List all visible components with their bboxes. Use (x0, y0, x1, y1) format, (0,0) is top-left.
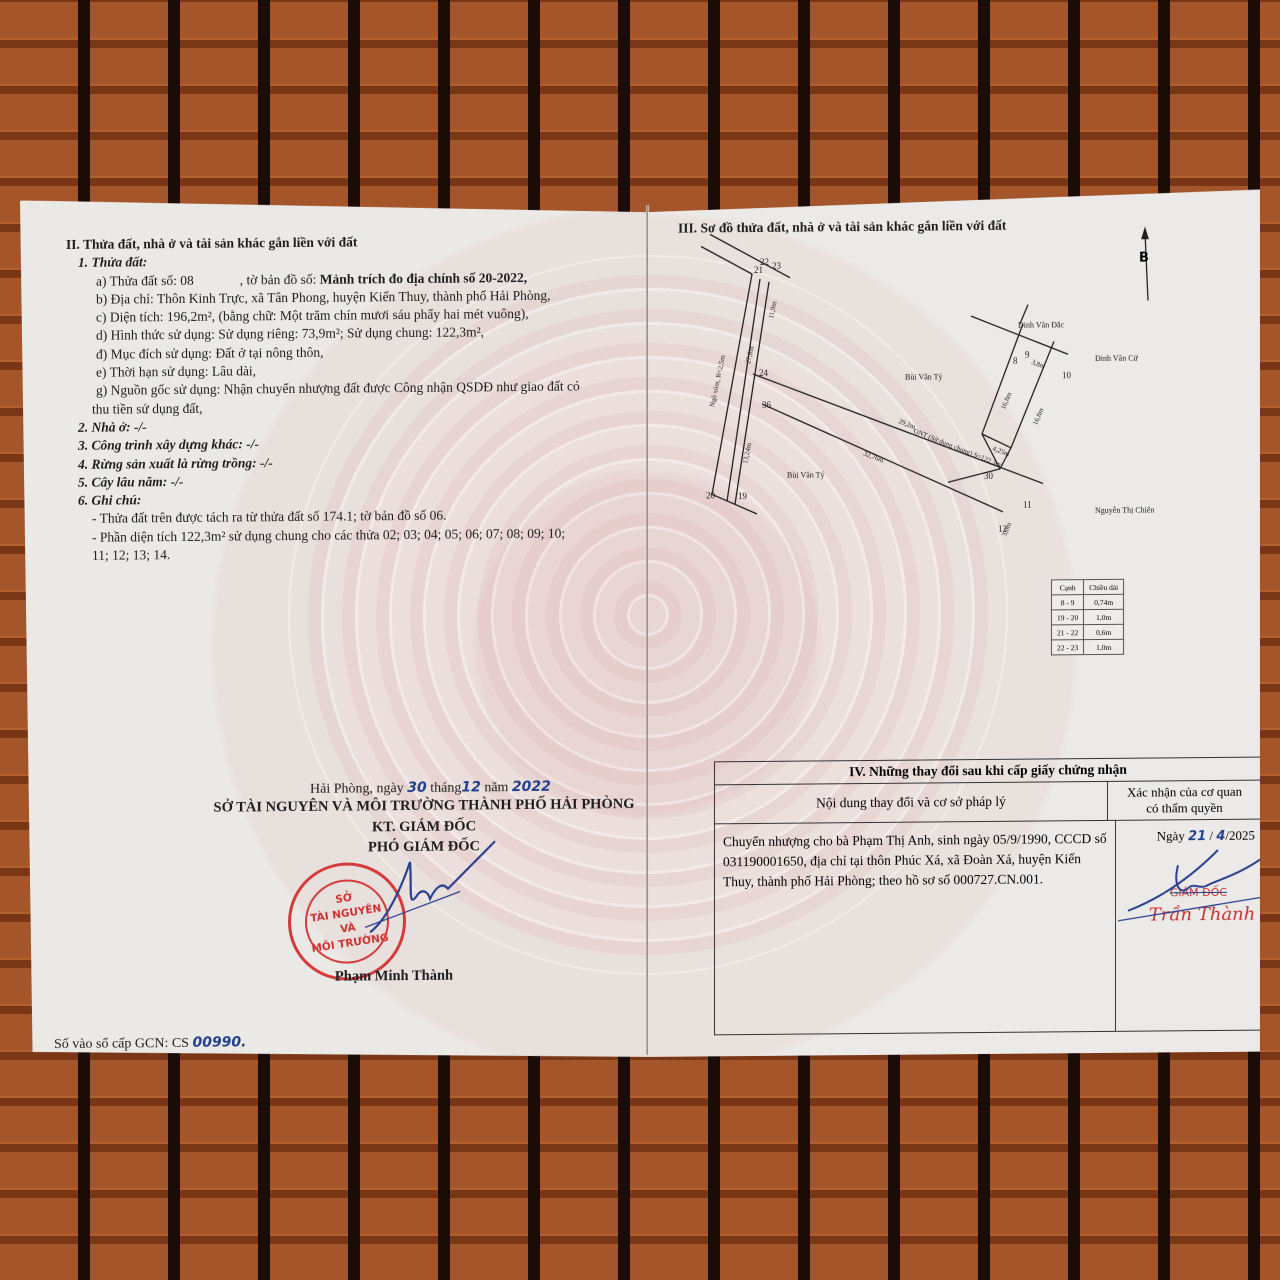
svg-text:Bùi Văn Tý: Bùi Văn Tý (905, 372, 942, 381)
svg-text:20: 20 (706, 490, 715, 500)
svg-text:16,8m: 16,8m (1031, 406, 1045, 426)
svg-text:Ngõ xóm, R=2,5m: Ngõ xóm, R=2,5m (708, 354, 727, 408)
table-row: 19 - 201,0m (1052, 609, 1124, 625)
right-page: III. Sơ đồ thửa đất, nhà ở và tài sản kh… (648, 190, 1260, 1057)
svg-text:11: 11 (1023, 500, 1032, 510)
svg-text:ONT (Sử dụng chung) S=122,3m²: ONT (Sử dụng chung) S=122,3m² (912, 427, 1004, 470)
svg-text:32,76m: 32,76m (862, 449, 885, 464)
change-entry-text: Chuyển nhượng cho bà Phạm Thị Anh, sinh … (715, 821, 1116, 1034)
svg-text:Đinh Văn Cứ: Đinh Văn Cứ (1095, 354, 1139, 363)
signer-name: Phạm Minh Thành (20, 965, 648, 989)
svg-text:Bùi Văn Tý: Bùi Văn Tý (787, 470, 824, 479)
svg-text:3,8m: 3,8m (1030, 358, 1047, 371)
svg-text:Đinh Văn Đắc: Đinh Văn Đắc (1018, 320, 1065, 329)
col-content-header: Nội dung thay đổi và cơ sở pháp lý (715, 782, 1108, 823)
parcel-diagram: 21 22 23 24 36 20 19 9 8 10 30 11 12 Đin… (648, 190, 1260, 755)
svg-text:Nguyễn Thị Chiên: Nguyễn Thị Chiên (1095, 506, 1154, 516)
land-certificate: II. Thửa đất, nhà ở và tài sản khác gắn … (20, 190, 1260, 1063)
svg-text:30: 30 (984, 471, 993, 481)
svg-text:22: 22 (760, 257, 769, 267)
map-sheet: Mảnh trích đo địa chính số 20-2022, (320, 270, 527, 287)
svg-text:11,9m: 11,9m (767, 300, 779, 319)
svg-text:24: 24 (759, 368, 768, 378)
left-page: II. Thửa đất, nhà ở và tài sản khác gắn … (20, 195, 648, 1062)
table-row: 8 - 90,74m (1052, 594, 1124, 610)
svg-text:10: 10 (1062, 370, 1071, 380)
signature-scribble-left (350, 836, 500, 947)
table-header-row: Cạnh Chiều dài (1052, 579, 1124, 595)
changes-header-row: Nội dung thay đổi và cơ sở pháp lý Xác n… (715, 781, 1260, 825)
north-arrow-label: B (1139, 251, 1149, 266)
table-row: 21 - 220,6m (1052, 624, 1124, 640)
signature-scribble-right (1118, 840, 1260, 931)
col-confirm-header: Xác nhận của cơ quan có thẩm quyền (1108, 781, 1260, 820)
gcn-register-number: Số vào sổ cấp GCN: CS 00990. (54, 1033, 246, 1054)
edge-length-table: Cạnh Chiều dài 8 - 90,74m 19 - 201,0m 21… (1051, 579, 1124, 656)
table-row: 22 - 231,0m (1052, 639, 1124, 655)
svg-text:23: 23 (772, 261, 781, 271)
svg-text:16,8m: 16,8m (999, 391, 1013, 411)
svg-text:36: 36 (762, 400, 771, 410)
svg-text:9: 9 (1025, 350, 1030, 360)
svg-text:13,24m: 13,24m (741, 442, 753, 465)
svg-text:8: 8 (1013, 356, 1018, 366)
parcel-details: II. Thửa đất, nhà ở và tài sản khác gắn … (66, 232, 580, 566)
svg-text:19: 19 (738, 491, 747, 501)
svg-text:27,8m: 27,8m (744, 345, 756, 364)
